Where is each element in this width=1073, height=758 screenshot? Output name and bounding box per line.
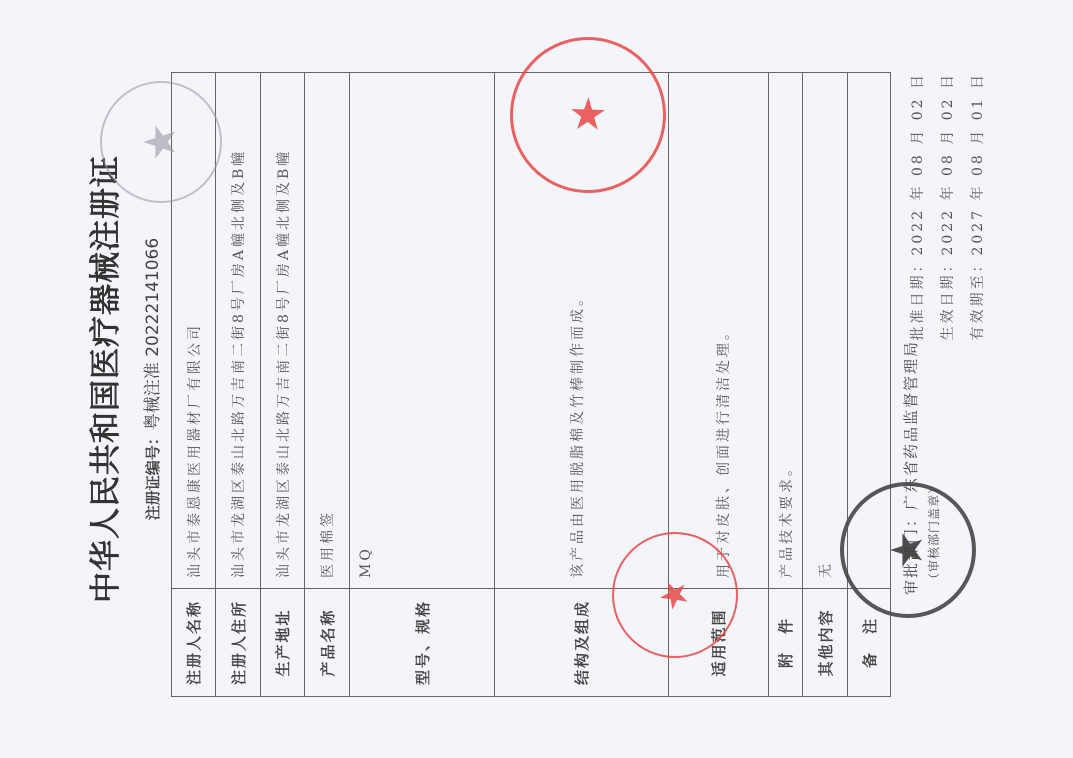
field-label: 型号、规格	[350, 589, 495, 697]
table-row: 其他内容 无	[803, 73, 848, 697]
field-value: 汕头市泰恩康医用器材厂有限公司	[172, 73, 216, 589]
field-label: 附 件	[769, 589, 803, 697]
table-row: 型号、规格 MQ	[350, 73, 495, 697]
table-row: 产品名称 医用棉签	[305, 73, 350, 697]
date-value: 2022 年 08 月 02 日	[940, 72, 956, 256]
date-label: 批准日期：	[910, 256, 926, 341]
field-value	[848, 73, 891, 589]
field-label: 注册人住所	[216, 589, 261, 697]
registration-table: 注册人名称 汕头市泰恩康医用器材厂有限公司 注册人住所 汕头市龙湖区泰山北路万吉…	[171, 72, 891, 697]
approval-date: 批准日期：2022 年 08 月 02 日	[903, 72, 933, 341]
table-row: 注册人名称 汕头市泰恩康医用器材厂有限公司	[172, 73, 216, 697]
table-row: 结构及组成 该产品由医用脱脂棉及竹棒制作而成。	[495, 73, 669, 697]
field-value: 汕头市龙湖区泰山北路万吉南二街8号厂房A幢北侧及B幢	[261, 73, 305, 589]
field-label: 生产地址	[261, 589, 305, 697]
date-label: 有效期至：	[970, 256, 986, 341]
certificate-number-label: 注册证编号：	[144, 430, 162, 520]
expiry-date: 有效期至：2027 年 08 月 01 日	[963, 72, 993, 341]
dates-block: 批准日期：2022 年 08 月 02 日 生效日期：2022 年 08 月 0…	[903, 72, 993, 341]
document-title: 中华人民共和国医疗器械注册证	[80, 0, 125, 758]
table-row: 备 注	[848, 73, 891, 697]
table-row: 附 件 产品技术要求。	[769, 73, 803, 697]
field-label: 适用范围	[669, 589, 769, 697]
field-value: 汕头市龙湖区泰山北路万吉南二街8号厂房A幢北侧及B幢	[216, 73, 261, 589]
certificate-number-value: 粤械注准 20222141066	[143, 238, 163, 430]
field-label: 注册人名称	[172, 589, 216, 697]
field-value: 用于对皮肤、创面进行清洁处理。	[669, 73, 769, 589]
field-value: 产品技术要求。	[769, 73, 803, 589]
date-value: 2027 年 08 月 01 日	[970, 72, 986, 256]
effective-date: 生效日期：2022 年 08 月 02 日	[933, 72, 963, 341]
approval-department: 审批部门：广东省药品监督管理局	[900, 340, 921, 595]
field-value: 无	[803, 73, 848, 589]
field-label: 产品名称	[305, 589, 350, 697]
table-row: 生产地址 汕头市龙湖区泰山北路万吉南二街8号厂房A幢北侧及B幢	[261, 73, 305, 697]
field-label: 备 注	[848, 589, 891, 697]
field-value: 该产品由医用脱脂棉及竹棒制作而成。	[495, 73, 669, 589]
registration-certificate-page: 中华人民共和国医疗器械注册证 注册证编号：粤械注准 20222141066 注册…	[0, 0, 1073, 758]
certificate-number: 注册证编号：粤械注准 20222141066	[138, 0, 163, 758]
table-row: 注册人住所 汕头市龙湖区泰山北路万吉南二街8号厂房A幢北侧及B幢	[216, 73, 261, 697]
approval-stamp-note: （审核部门盖章）	[925, 481, 942, 585]
field-label: 结构及组成	[495, 589, 669, 697]
field-value: MQ	[350, 73, 495, 589]
field-label: 其他内容	[803, 589, 848, 697]
table-row: 适用范围 用于对皮肤、创面进行清洁处理。	[669, 73, 769, 697]
date-value: 2022 年 08 月 02 日	[910, 72, 926, 256]
date-label: 生效日期：	[940, 256, 956, 341]
field-value: 医用棉签	[305, 73, 350, 589]
